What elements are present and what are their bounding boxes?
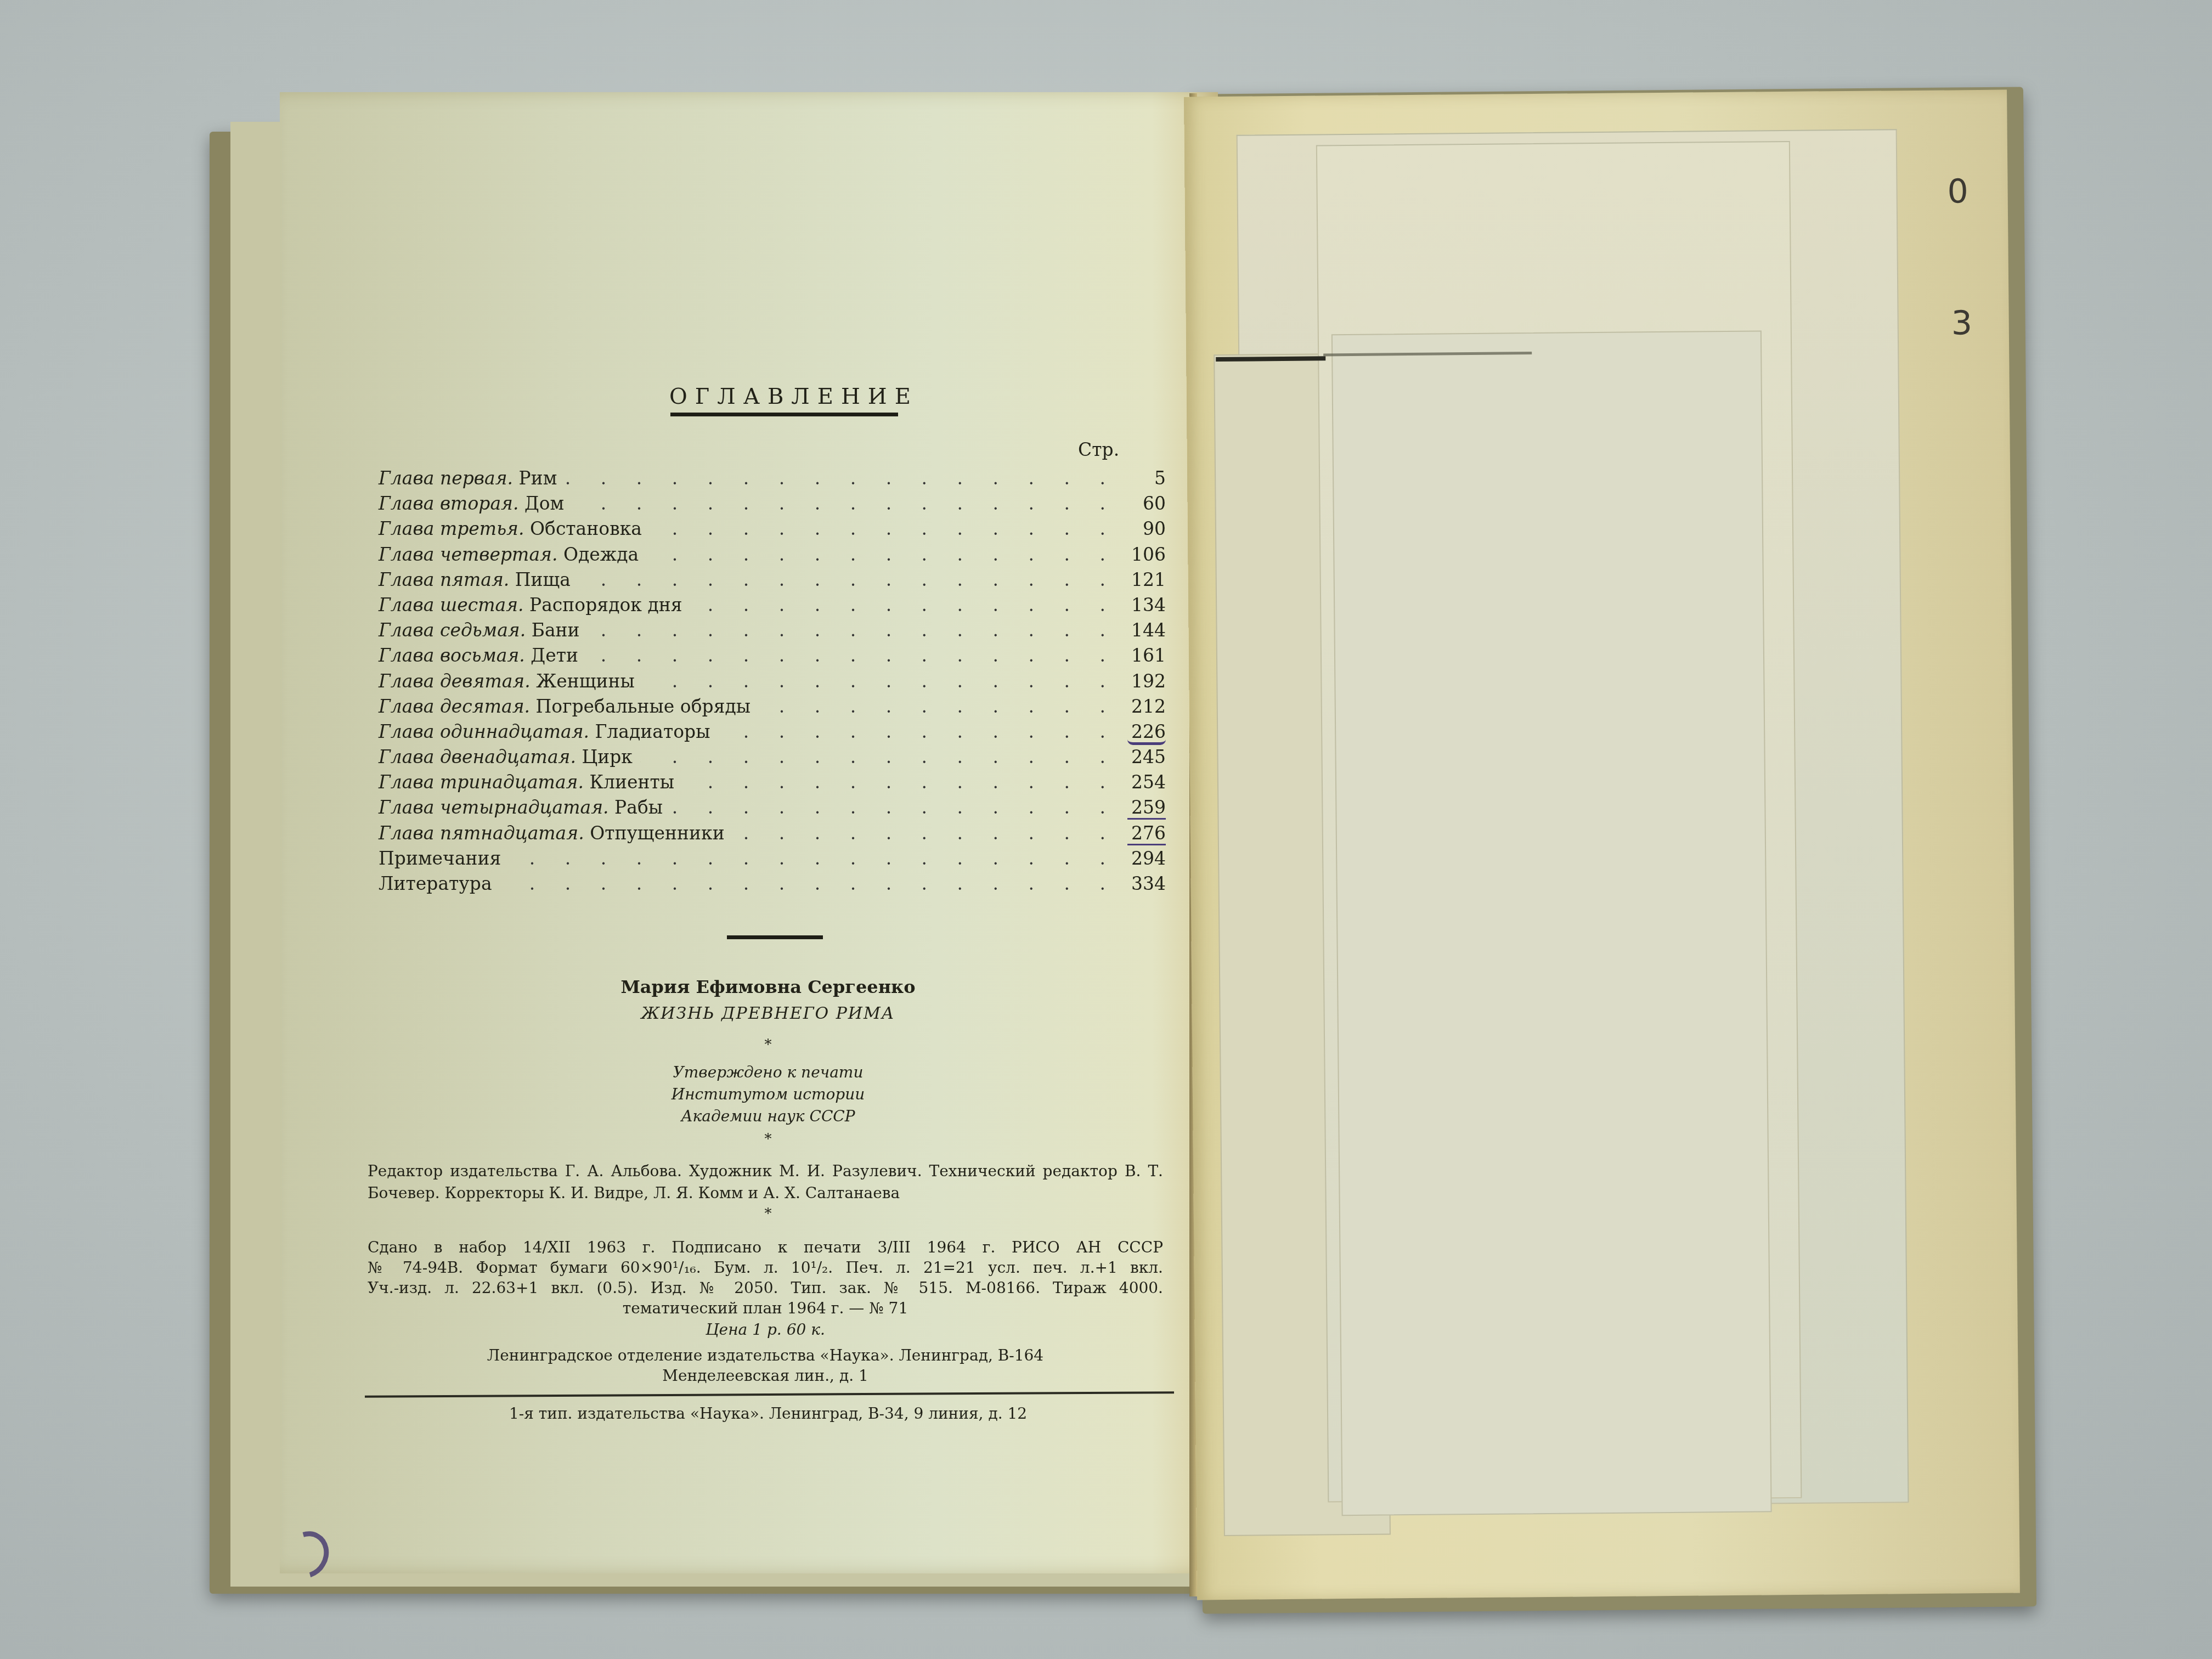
tipped-in-sheet (1331, 330, 1772, 1516)
toc-page-number: 134 (1127, 594, 1166, 616)
toc-chapter-name: Рабы (609, 797, 663, 818)
toc-leader-dots: . . . . . . . . . . . . . . . . . . . . … (646, 544, 1118, 565)
toc-leader-dots: . . . . . . . . . . . . . . . . . . . . … (500, 873, 1118, 894)
toc-entry: Литература . . . . . . . . . . . . . . .… (379, 873, 1166, 898)
toc-chapter-label: Глава четырнадцатая. (379, 797, 609, 818)
toc-chapter-name: Цирк (576, 746, 633, 768)
thematic-plan: тематический план 1964 г. — № 71 (368, 1298, 1163, 1318)
price: Цена 1 р. 60 к. (368, 1319, 1163, 1340)
toc-chapter-label: Глава вторая. (379, 493, 518, 514)
approval-line: Институтом истории (351, 1084, 1185, 1105)
toc-chapter-label: Глава пятая. (379, 569, 509, 590)
toc-page-column-header: Стр. (1078, 439, 1119, 460)
toc-chapter-name: Погребальные обряды (530, 696, 751, 717)
toc-page-number-ink-underlined: 226 (1127, 721, 1166, 745)
toc-entry: Глава двенадцатая. Цирк . . . . . . . . … (379, 746, 1166, 771)
toc-chapter-name: Гладиаторы (589, 721, 710, 742)
toc-entry: Глава четвертая. Одежда . . . . . . . . … (379, 544, 1166, 569)
toc-chapter-name: Отпущенники (584, 822, 725, 844)
toc-page-number: 245 (1127, 746, 1166, 768)
toc-section-name: Примечания (379, 848, 501, 869)
approval-line: Академии наук СССР (351, 1105, 1185, 1127)
toc-entry: Глава пятнадцатая. Отпущенники . . . . .… (379, 822, 1166, 848)
toc-entry: Глава четырнадцатая. Рабы . . . . . . . … (379, 797, 1166, 822)
toc-page-number-ink-underlined: 259 (1127, 797, 1166, 820)
toc-leader-dots: . . . . . . . . . . . . . . . . . . . . … (682, 771, 1118, 793)
toc-chapter-label: Глава девятая. (379, 670, 531, 692)
toc-entry: Глава пятая. Пища . . . . . . . . . . . … (379, 569, 1166, 594)
toc-leader-dots: . . . . . . . . . . . . . . . . . . . . … (718, 721, 1118, 742)
toc-chapter-name: Клиенты (584, 771, 674, 793)
toc-leader-dots: . . . . . . . . . . . . . . . . . . . . … (572, 493, 1118, 514)
separator-asterisk: * (351, 1037, 1185, 1053)
toc-section-name: Литература (379, 873, 492, 894)
toc-leader-dots: . . . . . . . . . . . . . . . . . . . . … (565, 467, 1118, 489)
toc-page-number: 144 (1127, 619, 1166, 641)
toc-page-number: 5 (1127, 467, 1166, 489)
printer-line: 1-я тип. издательства «Наука». Ленинград… (351, 1404, 1185, 1423)
toc-entry: Глава восьмая. Дети . . . . . . . . . . … (379, 645, 1166, 670)
toc-entry: Примечания . . . . . . . . . . . . . . .… (379, 848, 1166, 873)
toc-page-number: 90 (1127, 518, 1166, 539)
toc-page-number: 60 (1127, 493, 1166, 514)
toc-list: Глава первая. Рим . . . . . . . . . . . … (379, 467, 1166, 898)
toc-page-number: 212 (1127, 696, 1166, 717)
toc-page-number-ink-underlined: 276 (1127, 822, 1166, 845)
publisher-line: Ленинградское отделение издательства «На… (368, 1345, 1163, 1365)
pencil-mark: 0 (1947, 172, 1968, 211)
toc-chapter-label: Глава седьмая. (379, 619, 526, 641)
colophon-author: Мария Ефимовна Сергеенко (351, 977, 1185, 997)
toc-chapter-label: Глава пятнадцатая. (379, 822, 584, 844)
toc-chapter-label: Глава восьмая. (379, 645, 525, 666)
toc-chapter-name: Бани (526, 619, 579, 641)
approval-line: Утверждено к печати (351, 1062, 1185, 1084)
toc-leader-dots: . . . . . . . . . . . . . . . . . . . . … (640, 746, 1118, 768)
toc-chapter-name: Женщины (531, 670, 635, 692)
toc-page-number: 294 (1127, 848, 1166, 869)
toc-page-number: 106 (1127, 544, 1166, 565)
toc-chapter-name: Дом (518, 493, 564, 514)
imprint-line: № 74-94В. Формат бумаги 60×90¹/₁₆. Бум. … (368, 1257, 1163, 1278)
toc-leader-dots: . . . . . . . . . . . . . . . . . . . . … (578, 569, 1118, 590)
toc-page-number: 121 (1127, 569, 1166, 590)
toc-chapter-label: Глава двенадцатая. (379, 746, 576, 768)
toc-entry: Глава шестая. Распорядок дня . . . . . .… (379, 594, 1166, 619)
pencil-mark: 3 (1951, 304, 1972, 342)
toc-page-number: 334 (1127, 873, 1166, 894)
toc-page-number: 161 (1127, 645, 1166, 666)
publisher-address: Менделеевская лин., д. 1 (368, 1365, 1163, 1386)
right-page: 0 3 (1184, 90, 2020, 1600)
toc-chapter-label: Глава четвертая. (379, 544, 557, 565)
toc-chapter-label: Глава шестая. (379, 594, 523, 616)
toc-chapter-name: Рим (513, 467, 557, 489)
toc-entry: Глава третья. Обстановка . . . . . . . .… (379, 518, 1166, 543)
toc-entry: Глава вторая. Дом . . . . . . . . . . . … (379, 493, 1166, 518)
toc-leader-dots: . . . . . . . . . . . . . . . . . . . . … (642, 670, 1118, 692)
toc-title: ОГЛАВЛЕНИЕ (669, 384, 918, 409)
section-divider-rule (727, 935, 823, 939)
toc-entry: Глава девятая. Женщины . . . . . . . . .… (379, 670, 1166, 696)
toc-chapter-name: Пища (509, 569, 571, 590)
toc-entry: Глава первая. Рим . . . . . . . . . . . … (379, 467, 1166, 493)
toc-chapter-name: Распорядок дня (523, 594, 682, 616)
separator-asterisk: * (351, 1131, 1185, 1148)
toc-chapter-name: Одежда (557, 544, 639, 565)
toc-entry: Глава тринадцатая. Клиенты . . . . . . .… (379, 771, 1166, 797)
toc-page-number: 192 (1127, 670, 1166, 692)
toc-entry: Глава одиннадцатая. Гладиаторы . . . . .… (379, 721, 1166, 746)
photo-background: ОГЛАВЛЕНИЕ Стр. Глава первая. Рим . . . … (0, 0, 2212, 1659)
toc-leader-dots: . . . . . . . . . . . . . . . . . . . . … (732, 822, 1118, 844)
editorial-credits: Редактор издательства Г. А. Альбова. Худ… (368, 1160, 1163, 1204)
toc-leader-dots: . . . . . . . . . . . . . . . . . . . . … (509, 848, 1118, 869)
imprint-block: Сдано в набор 14/XII 1963 г. Подписано к… (368, 1237, 1163, 1386)
toc-chapter-label: Глава одиннадцатая. (379, 721, 589, 742)
colophon-book-title: ЖИЗНЬ ДРЕВНЕГО РИМА (351, 1004, 1185, 1023)
toc-chapter-name: Дети (525, 645, 578, 666)
toc-entry: Глава седьмая. Бани . . . . . . . . . . … (379, 619, 1166, 645)
toc-chapter-name: Обстановка (524, 518, 642, 539)
toc-chapter-label: Глава десятая. (379, 696, 530, 717)
toc-leader-dots: . . . . . . . . . . . . . . . . . . . . … (758, 696, 1118, 717)
toc-leader-dots: . . . . . . . . . . . . . . . . . . . . … (690, 594, 1118, 616)
toc-leader-dots: . . . . . . . . . . . . . . . . . . . . … (650, 518, 1118, 539)
toc-leader-dots: . . . . . . . . . . . . . . . . . . . . … (586, 645, 1118, 666)
approval-block: Утверждено к печати Институтом истории А… (351, 1062, 1185, 1127)
toc-chapter-label: Глава тринадцатая. (379, 771, 584, 793)
toc-title-underline (670, 413, 898, 416)
toc-entry: Глава десятая. Погребальные обряды . . .… (379, 696, 1166, 721)
imprint-line: Сдано в набор 14/XII 1963 г. Подписано к… (368, 1237, 1163, 1257)
toc-page-number: 254 (1127, 771, 1166, 793)
separator-asterisk: * (351, 1206, 1185, 1222)
imprint-line: Уч.-изд. л. 22.63+1 вкл. (0.5). Изд. № 2… (368, 1278, 1163, 1298)
toc-leader-dots: . . . . . . . . . . . . . . . . . . . . … (670, 797, 1118, 818)
toc-leader-dots: . . . . . . . . . . . . . . . . . . . . … (588, 619, 1118, 641)
toc-chapter-label: Глава третья. (379, 518, 524, 539)
toc-chapter-label: Глава первая. (379, 467, 513, 489)
